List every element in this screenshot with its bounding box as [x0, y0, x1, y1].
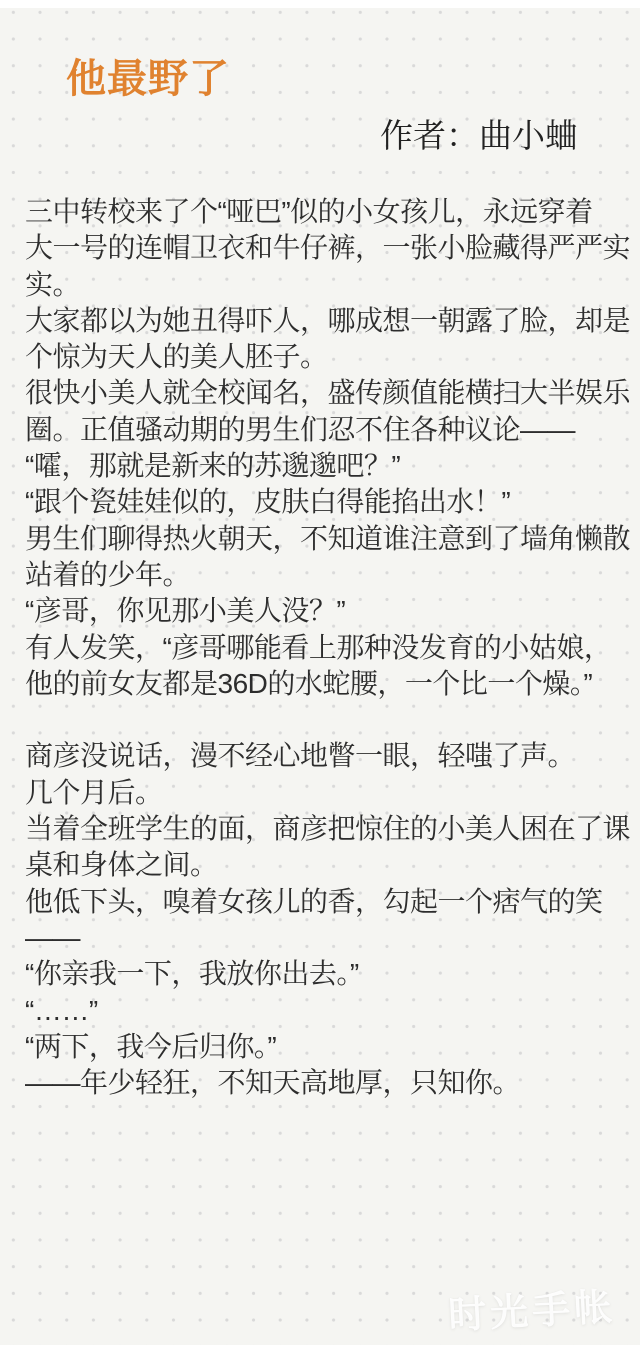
text-line: 实。 [25, 267, 617, 303]
text-line [25, 702, 617, 738]
text-line: 几个月后。 [25, 775, 617, 811]
author-line: 作者：曲小蛐 [380, 116, 578, 156]
page-title: 他最野了 [66, 56, 230, 102]
story-text: 三中转校来了个“哑巴”似的小女孩儿，永远穿着大一号的连帽卫衣和牛仔裤，一张小脸藏… [25, 194, 617, 1101]
text-line: “……” [25, 993, 617, 1029]
note-page: 他最野了 作者：曲小蛐 三中转校来了个“哑巴”似的小女孩儿，永远穿着大一号的连帽… [0, 0, 640, 1345]
text-line: 桌和身体之间。 [25, 847, 617, 883]
text-line: ——年少轻狂，不知天高地厚，只知你。 [25, 1065, 617, 1101]
watermark-label: 时光手帐 [447, 1276, 618, 1340]
text-line: “两下，我今后归你。” [25, 1029, 617, 1065]
text-line: 大家都以为她丑得吓人，哪成想一朝露了脸，却是 [25, 303, 617, 339]
text-line: 很快小美人就全校闻名，盛传颜值能横扫大半娱乐 [25, 375, 617, 411]
text-line: “你亲我一下，我放你出去。” [25, 956, 617, 992]
text-line: 三中转校来了个“哑巴”似的小女孩儿，永远穿着 [25, 194, 617, 230]
text-line: “嚯，那就是新来的苏邈邈吧？” [25, 448, 617, 484]
top-strip [0, 0, 640, 8]
text-line: 圈。正值骚动期的男生们忍不住各种议论—— [25, 412, 617, 448]
text-line: 大一号的连帽卫衣和牛仔裤，一张小脸藏得严严实 [25, 230, 617, 266]
text-line: 当着全班学生的面，商彦把惊住的小美人困在了课 [25, 811, 617, 847]
text-line: 男生们聊得热火朝天，不知道谁注意到了墙角懒散 [25, 521, 617, 557]
text-line: 站着的少年。 [25, 557, 617, 593]
text-line: 个惊为天人的美人胚子。 [25, 339, 617, 375]
text-line: 商彦没说话，漫不经心地瞥一眼，轻嗤了声。 [25, 738, 617, 774]
text-line: “彦哥，你见那小美人没？” [25, 593, 617, 629]
text-line: 有人发笑，“彦哥哪能看上那种没发育的小姑娘， [25, 630, 617, 666]
text-line: —— [25, 920, 617, 956]
text-line: 他低下头，嗅着女孩儿的香，勾起一个痞气的笑 [25, 884, 617, 920]
text-line: 他的前女友都是36D的水蛇腰，一个比一个燥。” [25, 666, 617, 702]
text-line: “跟个瓷娃娃似的，皮肤白得能掐出水！” [25, 484, 617, 520]
